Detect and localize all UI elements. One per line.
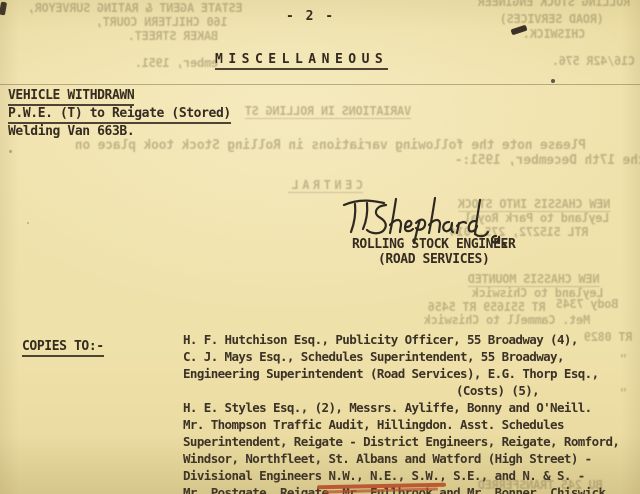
- ink-speck: [551, 79, 555, 83]
- vehicle-withdrawn-entry: Welding Van 663B.: [8, 124, 134, 139]
- bleedthrough-text: Met. Cammell to Chiswick: [424, 313, 590, 327]
- page-number: - 2 -: [286, 9, 335, 24]
- bleedthrough-text: ember, 1951.: [135, 56, 218, 70]
- signatory-department: (ROAD SERVICES): [378, 252, 489, 267]
- copies-line: Superintendent, Reigate - District Engin…: [183, 433, 619, 450]
- bleedthrough-text: Body 7345: [556, 297, 618, 311]
- ink-speck: [27, 222, 29, 224]
- scanned-memo-page: ESTATE AGENT & RATING SURVEYOR, 160 CHIL…: [0, 0, 640, 494]
- copies-line: Windsor, Northfleet, St. Albans and Watf…: [183, 450, 619, 467]
- bleedthrough-text: BAKER STREET.: [128, 29, 218, 43]
- copies-to-label-wrap: COPIES TO:-: [22, 335, 104, 354]
- bleedthrough-text: RT 551659 RT 5456: [428, 300, 546, 314]
- fold-line: [0, 84, 640, 85]
- copies-list: H. F. Hutchison Esq., Publicity Officer,…: [183, 331, 619, 494]
- copies-line: H. E. Styles Esq., (2), Messrs. Ayliffe,…: [183, 399, 619, 416]
- copies-line: Divisional Engineers N.W., N.E., S.W., S…: [183, 467, 619, 484]
- copies-line: H. F. Hutchison Esq., Publicity Officer,…: [183, 331, 619, 348]
- bleedthrough-text: ": [620, 352, 627, 366]
- signatory-title: ROLLING STOCK ENGINEER: [352, 237, 515, 252]
- bleedthrough-text: NEW CHASSIS MOUNTED: [468, 272, 600, 287]
- bleedthrough-text: (ROAD SERVICES): [500, 12, 604, 26]
- vehicle-withdrawn-section: VEHICLE WITHDRAWN P.W.E. (T) to Reigate …: [8, 86, 231, 139]
- copies-line: (Costs) (5),: [183, 382, 619, 399]
- bleedthrough-text: C16/42R 576.: [552, 54, 635, 68]
- ink-speck: [9, 150, 12, 153]
- section-title: MISCELLANEOUS: [215, 52, 388, 70]
- copies-line: Engineering Superintendent (Road Service…: [183, 365, 619, 382]
- bleedthrough-text: 160 CHILTERN COURT,: [96, 15, 228, 29]
- bleedthrough-text: VARIATIONS IN ROLLING ST: [245, 104, 411, 119]
- copies-to-label: COPIES TO:-: [22, 339, 104, 357]
- ink-fragment: [0, 2, 7, 16]
- copies-line: Mr. Thompson Traffic Audit, Hillingdon. …: [183, 416, 619, 433]
- bleedthrough-text: Please note the following variations in …: [75, 138, 586, 153]
- bleedthrough-text: CHISWICK.: [523, 27, 585, 41]
- copies-line: C. J. Mays Esq., Schedules Superintenden…: [183, 348, 619, 365]
- bleedthrough-text: the 17th December, 1951:-: [455, 153, 640, 168]
- bleedthrough-text: ROLLING STOCK ENGINEER: [478, 0, 630, 9]
- copies-last-post: and Mr. Bonner, Chiswick.: [432, 485, 612, 494]
- bleedthrough-text: ESTATE AGENT & RATING SURVEYOR,: [28, 1, 243, 15]
- bleedthrough-text: ": [620, 386, 627, 400]
